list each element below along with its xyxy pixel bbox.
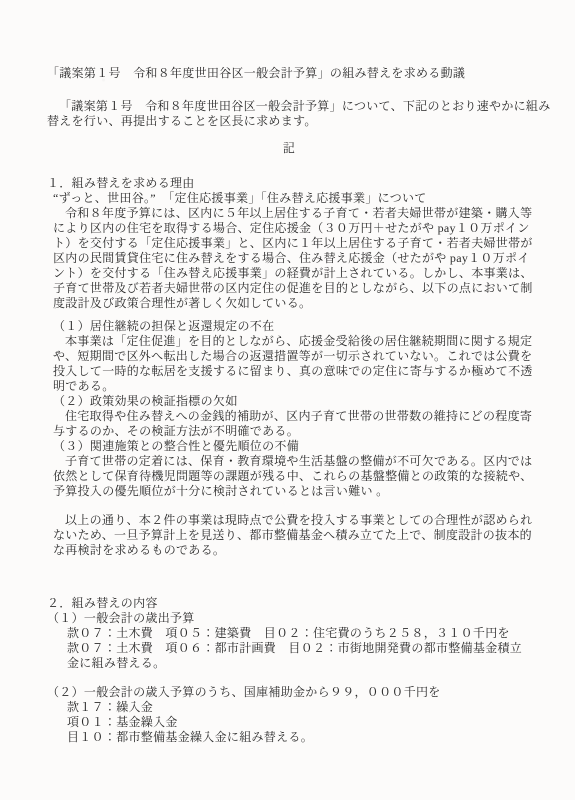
paragraph-line: 区内の民間賃貸住宅に住み替えをする場合、住み替え応援金（せたがや pay１０万ポ… (53, 251, 531, 266)
intro-paragraph: 「議案第１号 令和８年度世田谷区一般会計予算」について、下記のとおり速やかに組み… (47, 99, 531, 129)
section1-body: “ずっと、世田谷。” 「定住応援事業」「住み替え応援事業」について 令和８年度予… (53, 191, 531, 558)
intro-line: 「議案第１号 令和８年度世田谷区一般会計予算」について、下記のとおり速やかに組み (47, 99, 531, 114)
budget-line: 金に組み替える。 (67, 656, 531, 671)
closing-line: ないため、一旦予算計上を見送り、都市整備基金へ積み立てた上で、制度設計の抜本的 (53, 528, 531, 543)
paragraph-line: 令和８年度予算には、区内に５年以上居住する子育て・若者夫婦世帯が建築・購入等 (53, 206, 531, 221)
reason-item-line: 明である。 (53, 379, 531, 394)
reason-item-line: 依然として保育待機児問題等の課題が残る中、これらの基盤整備との政策的な接続や、 (53, 469, 531, 484)
rebuild-item-heading: （１）一般会計の歳出予算 (47, 611, 531, 626)
reason-item-3: （３）関連施策との整合性と優先順位の不備 子育て世帯の定着には、保育・教育環境や… (53, 439, 531, 499)
reason-item-line: 子育て世帯の定着には、保育・教育環境や生活基盤の整備が不可欠である。区内では (53, 454, 531, 469)
reason-item-line: 与するのか、その検証方法が不明確である。 (53, 424, 531, 439)
section1-heading: １．組み替えを求める理由 (47, 176, 531, 191)
reason-item-line: 投入して一時的な転居を支援するに留まり、真の意味での定住に寄与するか極めて不透 (53, 364, 531, 379)
closing-line: な再検討を求めるものである。 (53, 543, 531, 558)
reason-item-heading: （２）政策効果の検証指標の欠如 (53, 394, 531, 409)
budget-line: 款０７：土木費 項０６：都市計画費 目０２：市街地開発費の都市整備基金積立 (67, 641, 531, 656)
paragraph-line: ント）を交付する「住み替え応援事業」の経費が計上されている。しかし、本事業は、 (53, 266, 531, 281)
budget-detail-lines: 款１７：繰入金 項０１：基金繰入金 目１０：都市整備基金繰入金に組み替える。 (67, 700, 531, 745)
budget-line: 款０７：土木費 項０５：建築費 目０２：住宅費のうち２５８，３１０千円を (67, 626, 531, 641)
reason-item-heading: （１）居住継続の担保と返還規定の不在 (53, 319, 531, 334)
section1-paragraph: 令和８年度予算には、区内に５年以上居住する子育て・若者夫婦世帯が建築・購入等 に… (53, 206, 531, 311)
budget-line: 款１７：繰入金 (67, 700, 531, 715)
section1-closing-paragraph: 以上の通り、本２件の事業は現時点で公費を投入する事業としての合理性が認められ な… (53, 513, 531, 558)
budget-line: 項０１：基金繰入金 (67, 715, 531, 730)
reason-item-line: 本事業は「定住促進」を目的としながら、応援金受給後の居住継続期間に関する規定 (53, 334, 531, 349)
paragraph-line: ト）を交付する「定住応援事業」と、区内に１年以上居住する子育て・若者夫婦世帯が (53, 236, 531, 251)
reason-item-line: 住宅取得や住み替えへの金銭的補助が、区内子育て世帯の世帯数の維持にどの程度寄 (53, 409, 531, 424)
scanned-document-page: 「議案第１号 令和８年度世田谷区一般会計予算」の組み替えを求める動議 「議案第１… (0, 0, 575, 800)
closing-line: 以上の通り、本２件の事業は現時点で公費を投入する事業としての合理性が認められ (53, 513, 531, 528)
reason-item-heading: （３）関連施策との整合性と優先順位の不備 (53, 439, 531, 454)
rebuild-item-2: （２）一般会計の歳入予算のうち、国庫補助金から９９，０００千円を 款１７：繰入金… (47, 685, 531, 745)
rebuild-item-heading: （２）一般会計の歳入予算のうち、国庫補助金から９９，０００千円を (47, 685, 531, 700)
paragraph-line: 子育て世帯及び若者夫婦世帯の区内定住の促進を目的としながら、以下の点において制 (53, 281, 531, 296)
section2-heading: ２．組み替えの内容 (47, 596, 531, 611)
paragraph-line: により区内の住宅を取得する場合、定住応援金（３０万円＋せたがや pay１０万ポイ… (53, 221, 531, 236)
budget-line: 目１０：都市整備基金繰入金に組み替える。 (67, 730, 531, 745)
paragraph-line: 度設計及び政策合理性が著しく欠如している。 (53, 296, 531, 311)
reason-item-line: 予算投入の優先順位が十分に検討されているとは言い難い 。 (53, 484, 531, 499)
intro-line: 替えを行い、再提出することを区長に求めます。 (47, 114, 531, 129)
rebuild-item-1: （１）一般会計の歳出予算 款０７：土木費 項０５：建築費 目０２：住宅費のうち２… (47, 611, 531, 671)
budget-detail-lines: 款０７：土木費 項０５：建築費 目０２：住宅費のうち２５８，３１０千円を 款０７… (67, 626, 531, 671)
document-title: 「議案第１号 令和８年度世田谷区一般会計予算」の組み替えを求める動議 (47, 66, 531, 81)
reason-item-line: や、短期間で区外へ転出した場合の返還措置等が一切示されていない。これでは公費を (53, 349, 531, 364)
reason-item-2: （２）政策効果の検証指標の欠如 住宅取得や住み替えへの金銭的補助が、区内子育て世… (53, 394, 531, 439)
section1-subheading: “ずっと、世田谷。” 「定住応援事業」「住み替え応援事業」について (53, 191, 531, 206)
reason-item-1: （１）居住継続の担保と返還規定の不在 本事業は「定住促進」を目的としながら、応援… (53, 319, 531, 394)
ki-marker: 記 (47, 141, 531, 156)
